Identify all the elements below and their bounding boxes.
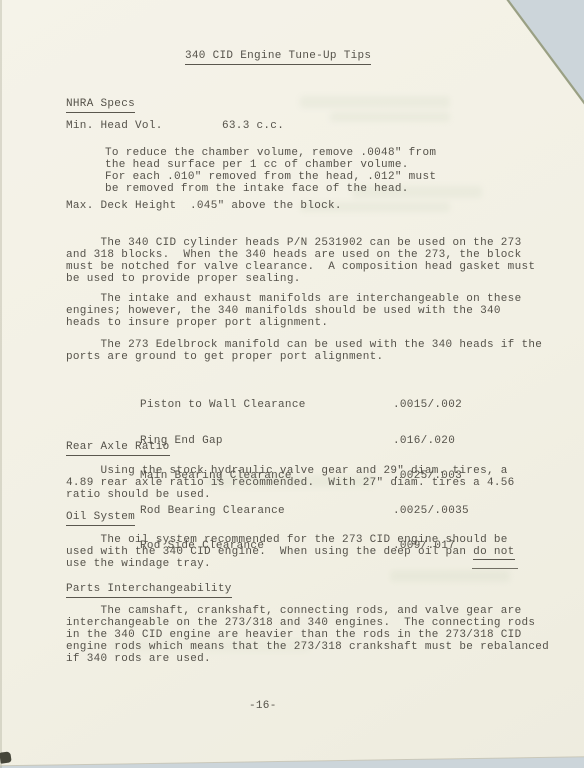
chamber-volume-note: To reduce the chamber volume, remove .00…	[105, 147, 436, 195]
min-head-vol-label: Min. Head Vol.	[66, 120, 222, 132]
max-deck-height-value: .045" above the block.	[190, 200, 342, 212]
max-deck-height-label: Max. Deck Height	[66, 200, 190, 212]
max-deck-height-line: Max. Deck Height.045" above the block.	[66, 200, 342, 212]
oil-text-after: use the windage tray.	[66, 558, 211, 570]
paragraph-oil-system: The oil system recommended for the 273 C…	[66, 534, 515, 570]
page-title: 340 CID Engine Tune-Up Tips	[185, 50, 371, 62]
scan-edge-strip	[0, 0, 2, 768]
page-title-text: 340 CID Engine Tune-Up Tips	[185, 50, 371, 65]
table-row: Piston to Wall Clearance.0015/.002	[140, 400, 469, 412]
section-heading-rear-axle-ratio: Rear Axle Ratio	[66, 441, 170, 453]
paragraph-manifolds: The intake and exhaust manifolds are int…	[66, 293, 521, 329]
spec-value: .016/.020	[393, 435, 455, 447]
table-row: Rod Bearing Clearance.0025/.0035	[140, 506, 469, 518]
min-head-vol-line: Min. Head Vol.63.3 c.c.	[66, 120, 284, 132]
spec-value: .0025/.0035	[393, 505, 469, 517]
paragraph-parts-interchangeability: The camshaft, crankshaft, connecting rod…	[66, 605, 549, 665]
spec-label: Piston to Wall Clearance	[140, 400, 393, 412]
do-not-emphasis: do not	[473, 546, 514, 560]
spec-label: Rod Bearing Clearance	[140, 506, 393, 518]
oil-text-before: The oil system recommended for the 273 C…	[66, 534, 508, 558]
paragraph-edelbrock: The 273 Edelbrock manifold can be used w…	[66, 339, 542, 363]
scanned-document: { "doc": { "title": "340 CID Engine Tune…	[0, 0, 584, 768]
spec-value: .0015/.002	[393, 399, 462, 411]
section-heading-nhra-specs: NHRA Specs	[66, 98, 135, 110]
paragraph-rear-axle: Using the stock hydraulic valve gear and…	[66, 465, 515, 501]
paragraph-cylinder-heads: The 340 CID cylinder heads P/N 2531902 c…	[66, 237, 535, 285]
bleed-through-smudge	[300, 96, 450, 108]
section-heading-oil-system: Oil System	[66, 511, 135, 523]
table-row: Ring End Gap.016/.020	[140, 436, 469, 448]
bleed-through-smudge	[390, 570, 510, 582]
section-heading-parts-interchangeability: Parts Interchangeability	[66, 583, 232, 595]
min-head-vol-value: 63.3 c.c.	[222, 120, 284, 132]
spec-label: Ring End Gap	[140, 436, 393, 448]
bottom-left-ink-mark	[0, 751, 12, 763]
page-number: -16-	[249, 700, 277, 712]
bleed-through-smudge	[330, 112, 450, 122]
double-underline-mark	[472, 568, 518, 569]
